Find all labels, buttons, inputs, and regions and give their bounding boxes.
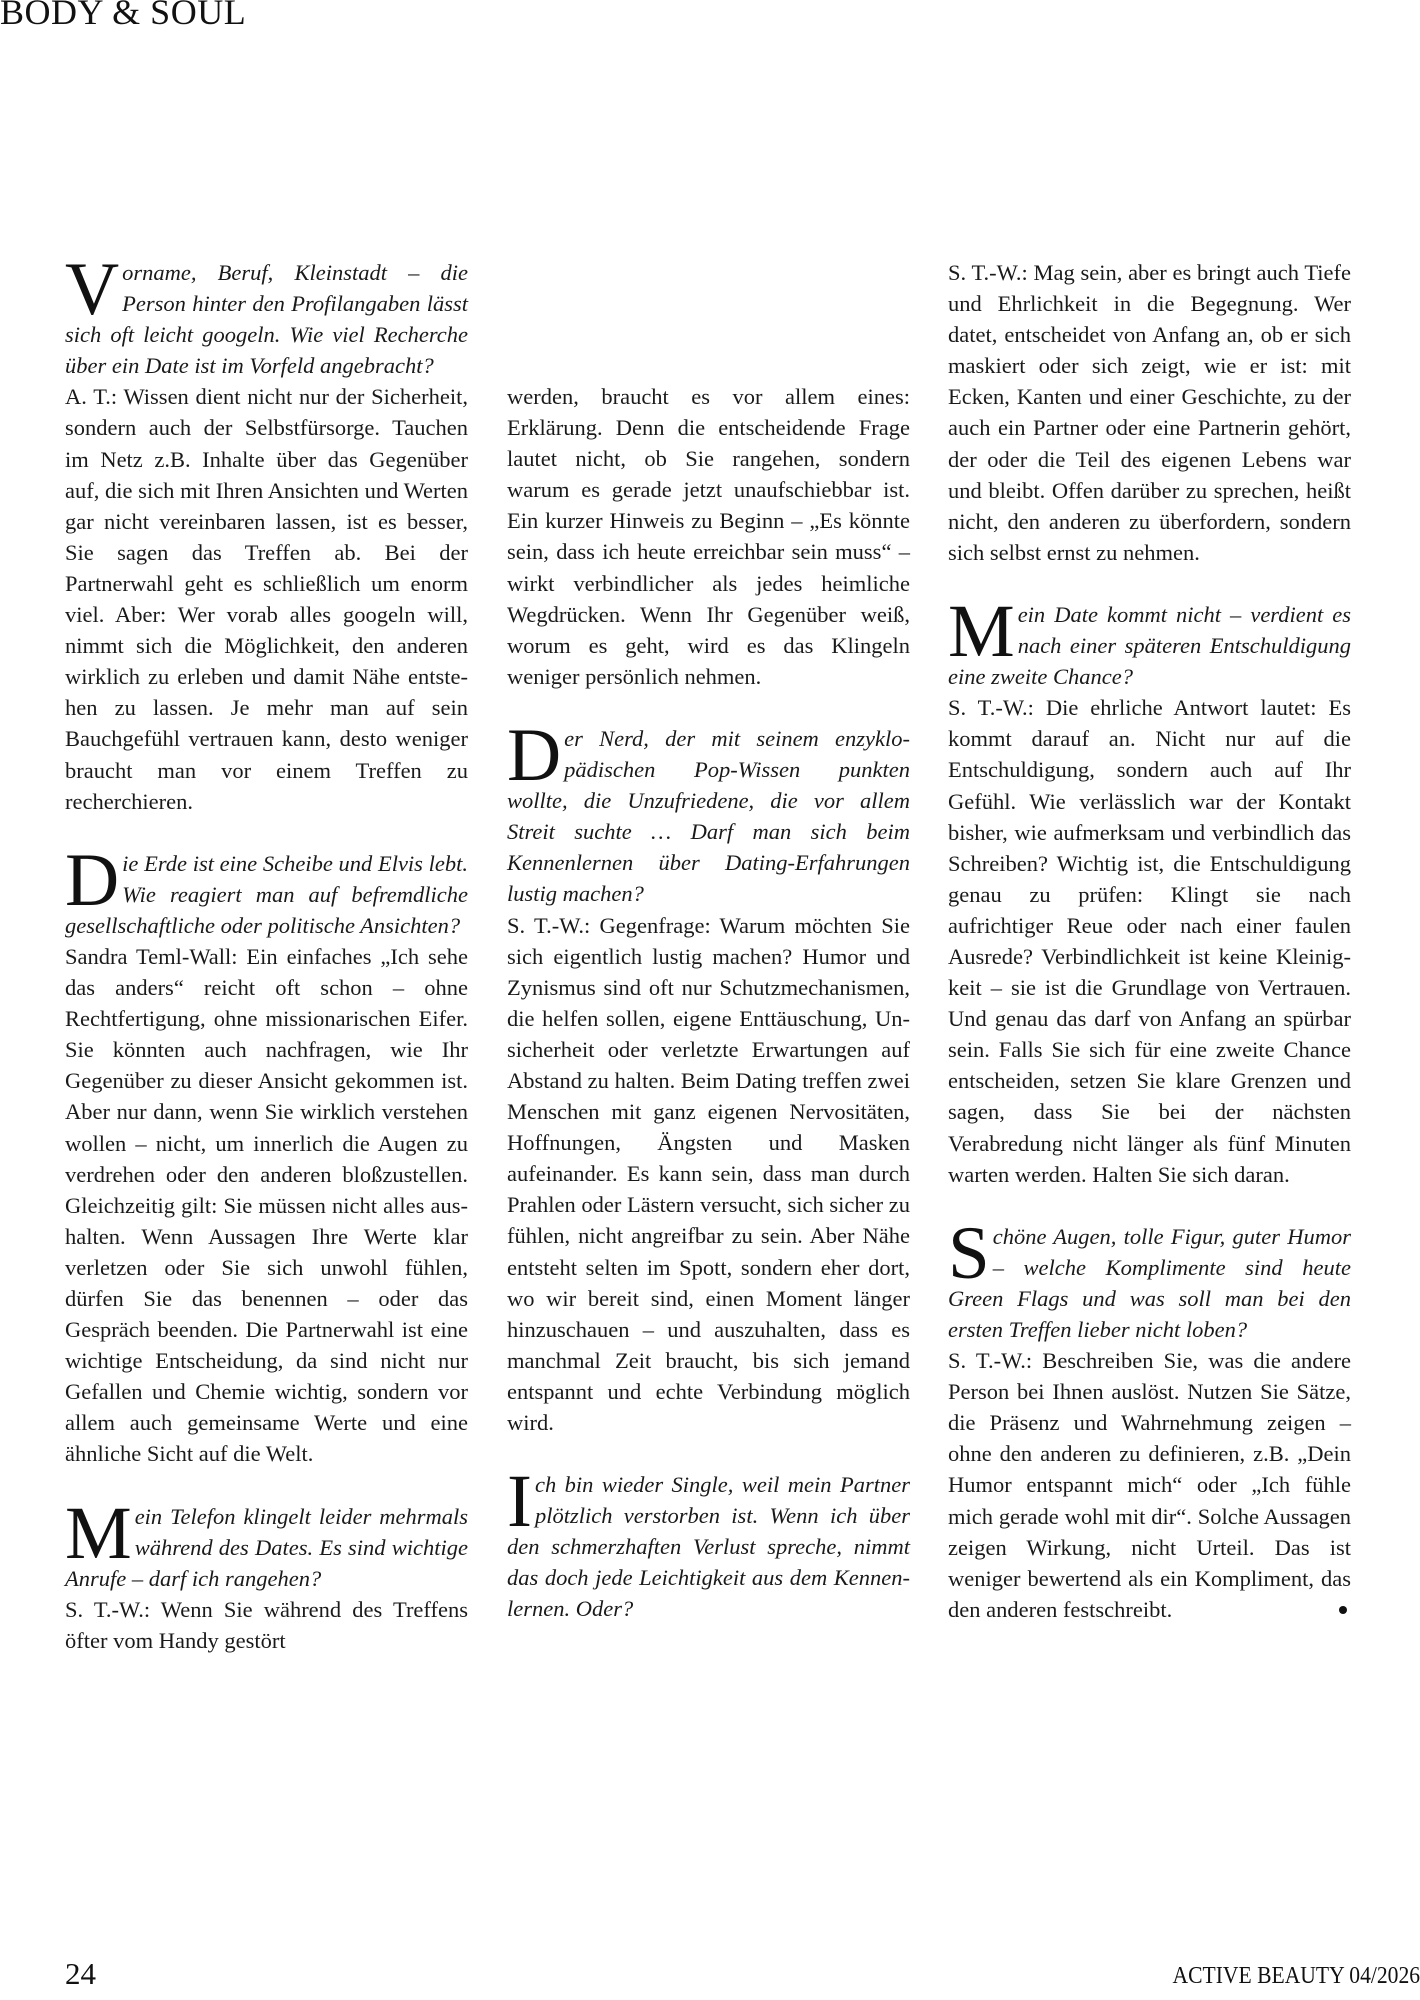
question: Die Erde ist eine Scheibe und El­vis leb… bbox=[65, 848, 468, 941]
dropcap: V bbox=[65, 257, 119, 319]
qa-block-widowed: Ich bin wieder Single, weil mein Partner… bbox=[507, 1469, 910, 1624]
question: Mein Date kommt nicht – ver­dient es nac… bbox=[948, 599, 1351, 692]
question: Ich bin wieder Single, weil mein Partner… bbox=[507, 1469, 910, 1624]
magazine-issue-footer: ACTIVE BEAUTY 04/2026 bbox=[1172, 1964, 1420, 1988]
answer: S. T.-W.: Gegenfrage: Warum möch­ten Sie… bbox=[507, 910, 910, 1439]
dropcap: M bbox=[65, 1501, 132, 1563]
qa-block-phone-continued: werden, braucht es vor allem eines: Erkl… bbox=[507, 381, 910, 692]
qa-block-research: Vorname, Beruf, Kleinstadt – die Person … bbox=[65, 257, 468, 817]
answer: S. T.-W.: Beschreiben Sie, was die ander… bbox=[948, 1345, 1351, 1625]
qa-block-widowed-answer: S. T.-W.: Mag sein, aber es bringt auch … bbox=[948, 257, 1351, 568]
answer: S. T.-W.: Mag sein, aber es bringt auch … bbox=[948, 257, 1351, 568]
question: Schöne Augen, tolle Figur, guter Humor –… bbox=[948, 1221, 1351, 1345]
answer: A. T.: Wissen dient nicht nur der Sicher… bbox=[65, 381, 468, 816]
answer-text: S. T.-W.: Beschreiben Sie, was die ander… bbox=[948, 1348, 1351, 1622]
question-text: chöne Augen, tolle Figur, guter Humor – … bbox=[948, 1224, 1351, 1342]
qa-block-second-chance: Mein Date kommt nicht – ver­dient es nac… bbox=[948, 599, 1351, 1190]
question-text: er Nerd, der mit seinem enzyklo­pädische… bbox=[507, 726, 910, 906]
article-column-middle: werden, braucht es vor allem eines: Erkl… bbox=[507, 381, 910, 1625]
question: Mein Telefon klingelt leider mehrmals wä… bbox=[65, 1501, 468, 1594]
dropcap: I bbox=[507, 1469, 532, 1531]
question-text: ch bin wieder Single, weil mein Partner … bbox=[507, 1472, 910, 1621]
dropcap: M bbox=[948, 599, 1015, 661]
dropcap: D bbox=[65, 848, 119, 910]
answer: Sandra Teml-Wall: Ein einfaches „Ich seh… bbox=[65, 941, 468, 1470]
answer: S. T.-W.: Die ehrliche Antwort lau­tet: … bbox=[948, 692, 1351, 1190]
answer: werden, braucht es vor allem eines: Erkl… bbox=[507, 381, 910, 692]
section-header: BODY & SOUL bbox=[0, 0, 246, 30]
qa-block-opinions: Die Erde ist eine Scheibe und El­vis leb… bbox=[65, 848, 468, 1470]
question: Der Nerd, der mit seinem enzyklo­pädisch… bbox=[507, 723, 910, 910]
question: Vorname, Beruf, Kleinstadt – die Person … bbox=[65, 257, 468, 381]
qa-block-phone: Mein Telefon klingelt leider mehrmals wä… bbox=[65, 1501, 468, 1656]
answer: S. T.-W.: Wenn Sie während des Treffens … bbox=[65, 1594, 468, 1656]
dropcap: S bbox=[948, 1221, 990, 1283]
end-of-article-dot-icon bbox=[1339, 1606, 1347, 1614]
qa-block-joking: Der Nerd, der mit seinem enzyklo­pädisch… bbox=[507, 723, 910, 1438]
qa-block-compliments: Schöne Augen, tolle Figur, guter Humor –… bbox=[948, 1221, 1351, 1625]
page-number: 24 bbox=[65, 1958, 96, 1989]
dropcap: D bbox=[507, 723, 561, 785]
question-text: orname, Beruf, Kleinstadt – die Person h… bbox=[65, 260, 468, 378]
article-column-right: S. T.-W.: Mag sein, aber es bringt auch … bbox=[948, 257, 1351, 1625]
article-column-left: Vorname, Beruf, Kleinstadt – die Person … bbox=[65, 257, 468, 1656]
question-text: ie Erde ist eine Scheibe und El­vis lebt… bbox=[65, 851, 468, 938]
